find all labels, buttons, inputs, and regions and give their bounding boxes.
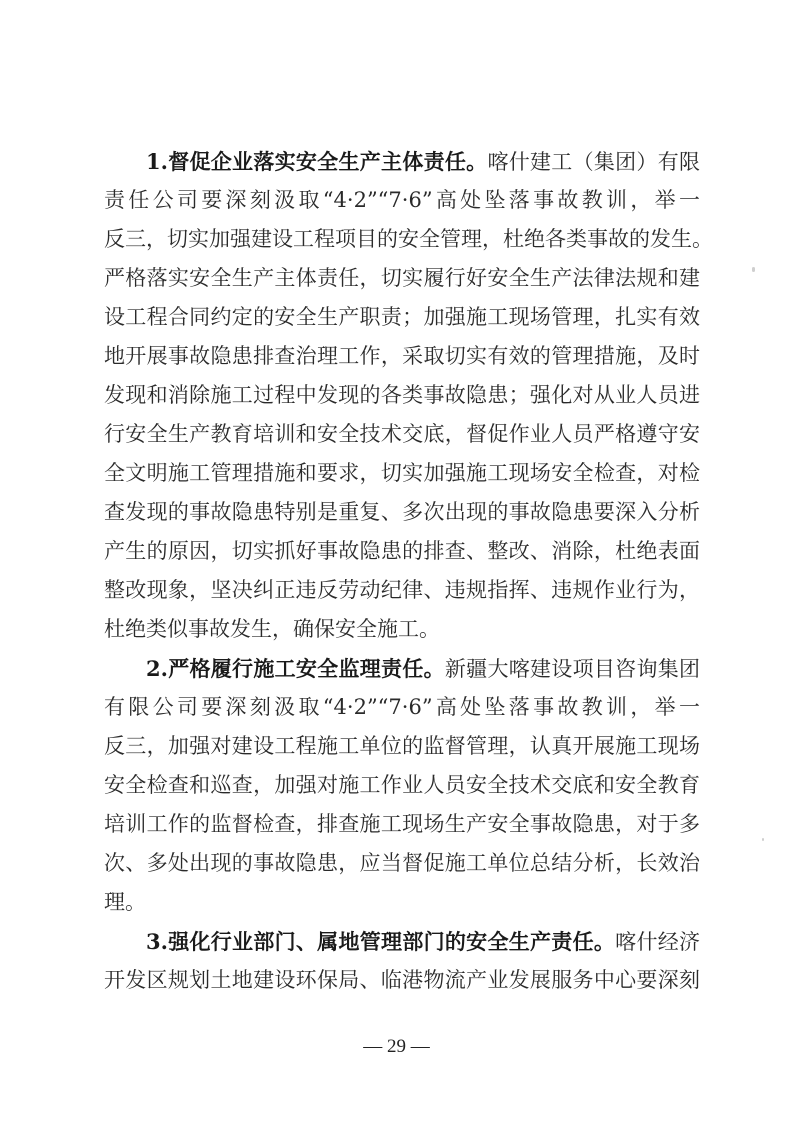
paragraph-3-line: 开发区规划土地建设环保局、临港物流产业发展服务中心要深刻: [104, 961, 700, 1000]
paragraph-text: 喀什建工（集团）有限: [487, 150, 700, 174]
paragraph-1-line: 产生的原因，切实抓好事故隐患的排查、整改、消除，杜绝表面: [104, 532, 700, 571]
paragraph-2-line: 有限公司要深刻汲取“4·2”“7·6”高处坠落事故教训，举一: [104, 688, 700, 727]
paragraph-3-line-1: 3.强化行业部门、属地管理部门的安全生产责任。喀什经济: [104, 922, 700, 961]
paragraph-2-line: 次、多处出现的事故隐患，应当督促施工单位总结分析，长效治: [104, 844, 700, 883]
paragraph-1-line: 责任公司要深刻汲取“4·2”“7·6”高处坠落事故教训，举一: [104, 181, 700, 220]
paragraph-1-line: 全文明施工管理措施和要求，切实加强施工现场安全检查，对检: [104, 454, 700, 493]
paragraph-text: 新疆大喀建设项目咨询集团: [445, 657, 700, 681]
paragraph-text: 喀什经济: [615, 930, 700, 954]
paragraph-2-line-1: 2.严格履行施工安全监理责任。新疆大喀建设项目咨询集团: [104, 649, 700, 688]
paragraph-1-line: 严格落实安全生产主体责任，切实履行好安全生产法律法规和建: [104, 259, 700, 298]
paragraph-1-line-1: 1.督促企业落实安全生产主体责任。喀什建工（集团）有限: [104, 142, 700, 181]
paragraph-1-line: 查发现的事故隐患特别是重复、多次出现的事故隐患要深入分析: [104, 493, 700, 532]
paragraph-1-heading: 1.督促企业落实安全生产主体责任。: [146, 149, 487, 174]
paragraph-1-line: 设工程合同约定的安全生产职责；加强施工现场管理，扎实有效: [104, 298, 700, 337]
paragraph-2-line: 理。: [104, 883, 700, 922]
paragraph-1-line: 整改现象，坚决纠正违反劳动纪律、违规指挥、违规作业行为，: [104, 571, 700, 610]
paragraph-2-heading: 2.严格履行施工安全监理责任。: [146, 656, 445, 681]
paragraph-2-line: 安全检查和巡查，加强对施工作业人员安全技术交底和安全教育: [104, 766, 700, 805]
scan-speck: [752, 267, 755, 272]
scan-speck: [762, 838, 764, 841]
paragraph-1-line: 行安全生产教育培训和安全技术交底，督促作业人员严格遵守安: [104, 415, 700, 454]
paragraph-3-heading: 3.强化行业部门、属地管理部门的安全生产责任。: [146, 929, 615, 954]
paragraph-1-line: 发现和消除施工过程中发现的各类事故隐患；强化对从业人员进: [104, 376, 700, 415]
paragraph-1-line: 杜绝类似事故发生，确保安全施工。: [104, 610, 700, 649]
paragraph-1-line: 地开展事故隐患排查治理工作，采取切实有效的管理措施，及时: [104, 337, 700, 376]
document-body: 1.督促企业落实安全生产主体责任。喀什建工（集团）有限 责任公司要深刻汲取“4·…: [104, 142, 700, 1000]
paragraph-2-line: 反三，加强对建设工程施工单位的监督管理，认真开展施工现场: [104, 727, 700, 766]
page-number: — 29 —: [0, 1036, 793, 1058]
paragraph-1-line: 反三，切实加强建设工程项目的安全管理，杜绝各类事故的发生。: [104, 220, 700, 259]
paragraph-2-line: 培训工作的监督检查，排查施工现场生产安全事故隐患，对于多: [104, 805, 700, 844]
